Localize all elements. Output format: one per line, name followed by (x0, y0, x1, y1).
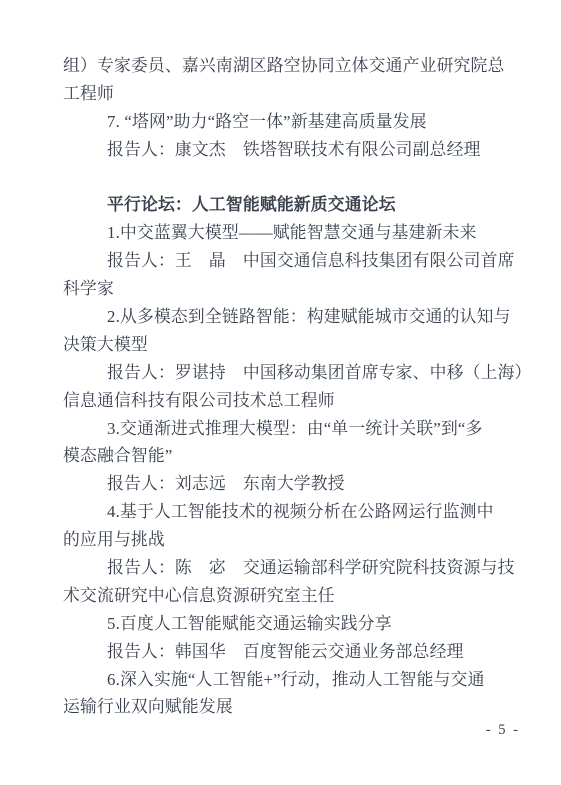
document-line: 平行论坛：人工智能赋能新质交通论坛 (63, 191, 499, 219)
document-line: 报告人：刘志远 东南大学教授 (63, 470, 499, 498)
document-page: 组）专家委员、嘉兴南湖区路空协同立体交通产业研究院总工程师7. “塔网”助力“路… (0, 0, 561, 785)
document-line: 4.基于人工智能技术的视频分析在公路网运行监测中 (63, 498, 499, 526)
blank-line (63, 164, 499, 192)
document-line: 7. “塔网”助力“路空一体”新基建高质量发展 (63, 108, 499, 136)
document-line: 模态融合智能” (63, 442, 499, 470)
document-line: 5.百度人工智能赋能交通运输实践分享 (63, 610, 499, 638)
page-number: - 5 - (486, 722, 520, 739)
document-line: 决策大模型 (63, 331, 499, 359)
document-line: 3.交通渐进式推理大模型：由“单一统计关联”到“多 (63, 415, 499, 443)
document-line: 组）专家委员、嘉兴南湖区路空协同立体交通产业研究院总 (63, 52, 499, 80)
document-line: 术交流研究中心信息资源研究室主任 (63, 582, 499, 610)
document-line: 信息通信科技有限公司技术总工程师 (63, 387, 499, 415)
document-line: 的应用与挑战 (63, 526, 499, 554)
document-line: 报告人：陈 宓 交通运输部科学研究院科技资源与技 (63, 554, 499, 582)
document-line: 报告人：王 晶 中国交通信息科技集团有限公司首席 (63, 247, 499, 275)
document-line: 6.深入实施“人工智能+”行动，推动人工智能与交通 (63, 666, 499, 694)
document-line: 工程师 (63, 80, 499, 108)
document-line: 报告人：康文杰 铁塔智联技术有限公司副总经理 (63, 136, 499, 164)
document-line: 运输行业双向赋能发展 (63, 693, 499, 721)
document-line: 科学家 (63, 275, 499, 303)
document-body: 组）专家委员、嘉兴南湖区路空协同立体交通产业研究院总工程师7. “塔网”助力“路… (63, 52, 499, 721)
document-line: 报告人：韩国华 百度智能云交通业务部总经理 (63, 638, 499, 666)
document-line: 报告人：罗谌持 中国移动集团首席专家、中移（上海） (63, 359, 499, 387)
document-line: 1.中交蓝翼大模型——赋能智慧交通与基建新未来 (63, 219, 499, 247)
document-line: 2.从多模态到全链路智能：构建赋能城市交通的认知与 (63, 303, 499, 331)
